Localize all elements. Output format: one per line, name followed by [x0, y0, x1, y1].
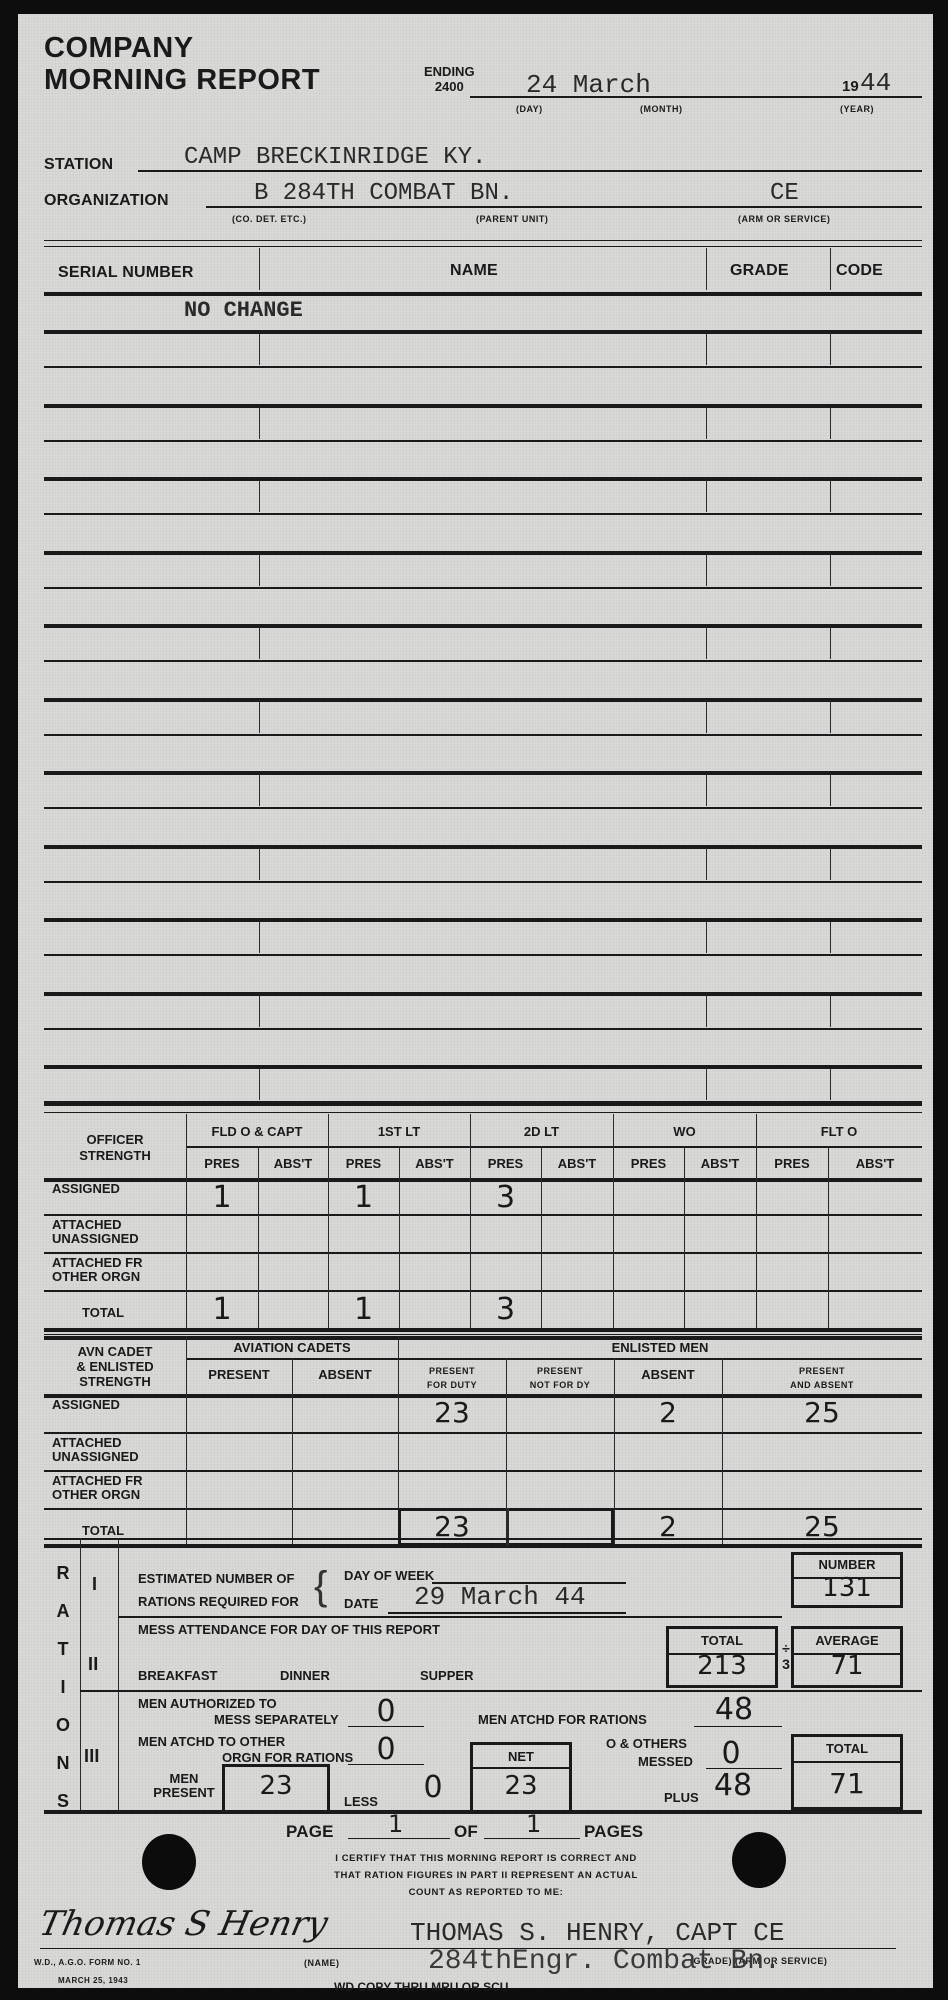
roster-subrow-rule [44, 660, 922, 662]
officer-top-rule [44, 1112, 922, 1113]
enlisted-row-label: TOTAL [52, 1524, 214, 1538]
signature: Thomas S Henry [36, 1904, 332, 1944]
men-present-box: 23 [222, 1764, 330, 1810]
col-serial-number: SERIAL NUMBER [58, 264, 194, 282]
certify-line-3: COUNT AS REPORTED TO ME: [256, 1884, 716, 1901]
roster-subrow-rule [44, 807, 922, 809]
year-prefix: 19 [842, 78, 859, 95]
officer-col-pres: PRES [756, 1156, 828, 1171]
average-value: 71 [794, 1651, 900, 1681]
unit-typed: 284thEngr. Combat Bn. [428, 1946, 781, 1977]
enlisted-col-header-line: PRESENT [398, 1364, 506, 1378]
roster-col-divider [706, 554, 707, 586]
enlisted-col-header: ABSENT [614, 1368, 722, 1382]
officer-row-label: ASSIGNED [52, 1182, 184, 1196]
enlisted-title-line: STRENGTH [44, 1374, 186, 1389]
roster-header-divider [830, 248, 831, 290]
officer-row-rule [44, 1252, 922, 1254]
page-value: 1 [388, 1810, 403, 1838]
divide-by-three-icon: ÷ 3 [781, 1640, 791, 1672]
brace-icon: { [314, 1564, 327, 1608]
arm-service-value: CE [770, 180, 799, 207]
officer-bottom-rule [44, 1334, 922, 1335]
roster-col-divider [830, 848, 831, 880]
rations-top-rule [44, 1538, 922, 1540]
enlisted-row-label: ATTACHED FR OTHER ORGN [52, 1474, 184, 1502]
col-grade: GRADE [730, 262, 789, 280]
punch-hole-left [142, 1834, 196, 1890]
roster-col-divider [706, 701, 707, 733]
enlisted-row-rule [44, 1432, 922, 1434]
roster-header-divider [259, 248, 260, 290]
page-underline [348, 1838, 450, 1839]
officer-row-label: ATTACHED FR OTHER ORGN [52, 1256, 184, 1284]
enlisted-row-label: ATTACHED UNASSIGNED [52, 1436, 184, 1464]
day-caption: (DAY) [516, 104, 543, 114]
average-box: AVERAGE 71 [791, 1626, 903, 1688]
officer-cell-value: 1 [186, 1292, 258, 1327]
part-2-rule [80, 1690, 922, 1692]
roster-row-rule [44, 698, 922, 702]
less-label: LESS [344, 1794, 378, 1809]
enlisted-cell-value: 23 [398, 1396, 506, 1429]
officer-col-divider [828, 1146, 829, 1328]
station-label: STATION [44, 156, 113, 174]
officer-col-divider [258, 1146, 259, 1328]
roster-col-divider [830, 921, 831, 953]
ending-label: ENDING 2400 [424, 64, 475, 94]
roster-col-divider [830, 701, 831, 733]
roster-col-divider [706, 848, 707, 880]
officer-col-pres: PRES [470, 1156, 541, 1171]
roster-header-rule [44, 292, 922, 296]
officer-group-header: 2D LT [470, 1124, 613, 1139]
page-label: PAGE [286, 1822, 334, 1842]
roster-col-divider [706, 921, 707, 953]
roster-row-rule [44, 1065, 922, 1069]
attendance-total-label: TOTAL [669, 1633, 775, 1648]
roster-col-divider [259, 480, 260, 512]
officer-col-abst: ABS'T [684, 1156, 756, 1171]
enlisted-col-divider [186, 1336, 187, 1544]
roster-col-divider [259, 701, 260, 733]
enlisted-col-header-line: NOT FOR DY [506, 1378, 614, 1392]
ending-label-line1: ENDING [424, 64, 475, 79]
certify-line-1: I CERTIFY THAT THIS MORNING REPORT IS CO… [256, 1850, 716, 1867]
total-present-box-divider [506, 1508, 509, 1546]
organization-value: B 284TH COMBAT BN. [254, 180, 513, 207]
officer-col-pres: PRES [613, 1156, 684, 1171]
men-present-line2: PRESENT [146, 1786, 222, 1800]
roster-subrow-rule [44, 366, 922, 368]
roster-col-divider [830, 995, 831, 1027]
roster-col-divider [259, 848, 260, 880]
parent-unit-caption: (PARENT UNIT) [476, 214, 548, 224]
officer-col-pres: PRES [328, 1156, 399, 1171]
pages-value: 1 [526, 1810, 541, 1838]
men-authorized-label-1: MEN AUTHORIZED TO [138, 1696, 277, 1711]
enlisted-title-line: AVN CADET [44, 1344, 186, 1359]
col-code: CODE [836, 262, 883, 280]
men-present-label: MEN PRESENT [146, 1772, 222, 1800]
rations-divider [118, 1538, 119, 1810]
roster-col-divider [830, 554, 831, 586]
roster-top-rule-1 [44, 240, 922, 241]
roster-col-divider [706, 627, 707, 659]
wd-copy-note: WD COPY THRU MRU OR SCU [334, 1980, 508, 1994]
side-letter: N [52, 1744, 74, 1782]
certify-line-2: THAT RATION FIGURES IN PART II REPRESENT… [256, 1867, 716, 1884]
officer-cell-value: 1 [328, 1292, 399, 1327]
roster-row-rule [44, 551, 922, 555]
part-1-numeral: I [92, 1574, 97, 1595]
roster-row-rule [44, 992, 922, 996]
officer-col-divider [399, 1146, 400, 1328]
name-caption: (NAME) [304, 1958, 340, 1968]
ration-date-label: DATE [344, 1596, 378, 1611]
atchd-other-label-2: ORGN FOR RATIONS [222, 1750, 353, 1765]
officer-col-abst: ABS'T [828, 1156, 922, 1171]
punch-hole-right [732, 1832, 786, 1888]
net-box-rule [473, 1767, 569, 1769]
number-label: NUMBER [794, 1557, 900, 1572]
rations-total-value: 71 [794, 1767, 900, 1800]
roster-col-divider [259, 554, 260, 586]
roster-entry-no-change: NO CHANGE [184, 298, 303, 323]
rations-total-rule [794, 1761, 900, 1763]
dinner-label: DINNER [280, 1668, 330, 1683]
men-atchd-rations-value: 48 [694, 1692, 774, 1727]
enlisted-col-header-line: ABSENT [292, 1368, 398, 1382]
enlisted-col-header: PRESENT [186, 1368, 292, 1382]
enlisted-row-rule [44, 1470, 922, 1472]
report-year: 44 [860, 68, 891, 98]
title-line-1: COMPANY [44, 32, 320, 64]
pages-label: PAGES [584, 1822, 643, 1842]
rations-divider [80, 1538, 81, 1810]
attendance-total-box: TOTAL 213 [666, 1626, 778, 1688]
men-authorized-label-2: MESS SEPARATELY [214, 1712, 339, 1727]
side-letter: O [52, 1706, 74, 1744]
enlisted-col-divider [292, 1358, 293, 1544]
men-atchd-rations-label: MEN ATCHD FOR RATIONS [478, 1712, 647, 1727]
of-label: OF [454, 1822, 478, 1842]
officer-col-divider [541, 1146, 542, 1328]
officer-group-header: 1ST LT [328, 1124, 470, 1139]
enlisted-col-header: PRESENTFOR DUTY [398, 1364, 506, 1392]
supper-label: SUPPER [420, 1668, 473, 1683]
signer-name-grade: THOMAS S. HENRY, CAPT CE [410, 1918, 784, 1948]
side-letter: R [52, 1554, 74, 1592]
roster-subrow-rule [44, 734, 922, 736]
roster-col-divider [706, 333, 707, 365]
roster-subrow-rule [44, 1028, 922, 1030]
roster-col-divider [830, 333, 831, 365]
roster-header-divider [706, 248, 707, 290]
roster-col-divider [830, 774, 831, 806]
breakfast-label: BREAKFAST [138, 1668, 217, 1683]
roster-col-divider [259, 333, 260, 365]
enlisted-title-line: & ENLISTED [44, 1359, 186, 1374]
form-date: MARCH 25, 1943 [58, 1976, 128, 1985]
rations-bottom-rule [44, 1810, 922, 1814]
enlisted-col-header-line: PRESENT [186, 1368, 292, 1382]
arm-service-caption: (ARM OR SERVICE) [738, 214, 830, 224]
roster-subrow-rule [44, 954, 922, 956]
side-letter: S [52, 1782, 74, 1820]
roster-col-divider [830, 627, 831, 659]
year-caption: (YEAR) [840, 104, 874, 114]
enlisted-header-rule [186, 1358, 922, 1360]
officer-row-label: ATTACHED UNASSIGNED [52, 1218, 184, 1246]
part-1-label-2: RATIONS REQUIRED FOR [138, 1594, 299, 1609]
plus-label: PLUS [664, 1790, 699, 1805]
number-box: NUMBER 131 [791, 1552, 903, 1608]
enlisted-col-header-line: PRESENT [506, 1364, 614, 1378]
enlisted-col-header-line: AND ABSENT [722, 1378, 922, 1392]
rations-total-box: TOTAL 71 [791, 1734, 903, 1810]
roster-col-divider [830, 1068, 831, 1100]
part-1-label-1: ESTIMATED NUMBER OF [138, 1571, 294, 1586]
officer-col-divider [613, 1114, 614, 1328]
others-messed-value: 0 [706, 1736, 756, 1771]
part-2-numeral: II [88, 1654, 98, 1675]
form-title: COMPANY MORNING REPORT [44, 32, 320, 96]
ration-date-value: 29 March 44 [414, 1582, 586, 1612]
organization-label: ORGANIZATION [44, 192, 169, 210]
roster-row-rule [44, 771, 922, 775]
roster-row-rule [44, 330, 922, 334]
roster-subrow-rule [44, 513, 922, 515]
certification-text: I CERTIFY THAT THIS MORNING REPORT IS CO… [256, 1850, 716, 1901]
enlisted-col-header-line: PRESENT [722, 1364, 922, 1378]
co-det-caption: (CO. DET. ETC.) [232, 214, 307, 224]
enlisted-col-header-line: FOR DUTY [398, 1378, 506, 1392]
enlisted-men-header: ENLISTED MEN [398, 1340, 922, 1355]
roster-row-rule [44, 404, 922, 408]
number-value: 131 [794, 1573, 900, 1603]
roster-col-divider [259, 774, 260, 806]
net-box: NET 23 [470, 1742, 572, 1810]
atchd-other-value: 0 [348, 1732, 424, 1767]
enlisted-col-header: ABSENT [292, 1368, 398, 1382]
officer-col-abst: ABS'T [258, 1156, 328, 1171]
side-letter: T [52, 1630, 74, 1668]
ending-label-line2: 2400 [424, 79, 475, 94]
roster-col-divider [706, 774, 707, 806]
roster-col-divider [830, 480, 831, 512]
net-value: 23 [473, 1771, 569, 1801]
enlisted-top-rule [44, 1336, 922, 1340]
col-name: NAME [450, 262, 498, 280]
month-caption: (MONTH) [640, 104, 683, 114]
roster-col-divider [259, 407, 260, 439]
roster-col-divider [259, 1068, 260, 1100]
less-value: 0 [418, 1770, 448, 1805]
enlisted-row-label: ASSIGNED [52, 1398, 184, 1412]
form-number: W.D., A.G.O. FORM NO. 1 [34, 1958, 141, 1967]
part-1-rule [118, 1616, 782, 1618]
officer-row-rule [44, 1328, 922, 1332]
roster-col-divider [706, 480, 707, 512]
roster-col-divider [706, 995, 707, 1027]
officer-group-header: WO [613, 1124, 756, 1139]
report-date: 24 March [526, 70, 651, 100]
officer-group-header: FLT O [756, 1124, 922, 1139]
net-label: NET [473, 1749, 569, 1764]
title-line-2: MORNING REPORT [44, 64, 320, 96]
men-present-value: 23 [225, 1771, 327, 1801]
roster-col-divider [706, 1068, 707, 1100]
officer-header-rule [186, 1146, 922, 1148]
officer-strength-title: OFFICERSTRENGTH [44, 1132, 186, 1164]
roster-col-divider [706, 407, 707, 439]
average-label: AVERAGE [794, 1633, 900, 1648]
men-authorized-value: 0 [348, 1694, 424, 1729]
ration-date-underline [388, 1612, 626, 1614]
mess-attendance-label: MESS ATTENDANCE FOR DAY OF THIS REPORT [138, 1622, 440, 1637]
side-letter: I [52, 1668, 74, 1706]
officer-col-abst: ABS'T [541, 1156, 613, 1171]
roster-row-rule [44, 845, 922, 849]
roster-row-rule [44, 477, 922, 481]
roster-bottom-rule [44, 1102, 922, 1106]
officer-cell-value: 3 [470, 1180, 541, 1215]
roster-col-divider [830, 407, 831, 439]
enlisted-cell-value: 2 [614, 1396, 722, 1429]
rations-side-label: R A T I O N S [52, 1554, 74, 1820]
roster-row-rule [44, 918, 922, 922]
atchd-other-label-1: MEN ATCHD TO OTHER [138, 1734, 285, 1749]
enlisted-cell-value: 25 [722, 1396, 922, 1429]
officer-col-divider [756, 1114, 757, 1328]
rations-total-label: TOTAL [794, 1741, 900, 1756]
aviation-cadets-header: AVIATION CADETS [186, 1340, 398, 1355]
enlisted-col-header: PRESENTNOT FOR DY [506, 1364, 614, 1392]
part-3-numeral: III [84, 1746, 100, 1767]
roster-subrow-rule [44, 881, 922, 883]
men-present-line1: MEN [146, 1772, 222, 1786]
side-letter: A [52, 1592, 74, 1630]
officer-cell-value: 1 [186, 1180, 258, 1215]
roster-col-divider [259, 995, 260, 1027]
pages-underline [484, 1838, 580, 1839]
officer-col-divider [684, 1146, 685, 1328]
roster-subrow-rule [44, 587, 922, 589]
officer-cell-value: 1 [328, 1180, 399, 1215]
enlisted-strength-title: AVN CADET& ENLISTEDSTRENGTH [44, 1344, 186, 1389]
day-of-week-label: DAY OF WEEK [344, 1568, 434, 1583]
roster-col-divider [259, 921, 260, 953]
roster-subrow-rule [44, 440, 922, 442]
others-messed-label-1: O & OTHERS [606, 1736, 687, 1751]
attendance-total-value: 213 [669, 1651, 775, 1681]
roster-col-divider [259, 627, 260, 659]
plus-value: 48 [698, 1768, 768, 1803]
officer-group-header: FLD O & CAPT [186, 1124, 328, 1139]
station-value: CAMP BRECKINRIDGE KY. [184, 144, 486, 171]
enlisted-col-header: PRESENTAND ABSENT [722, 1364, 922, 1392]
roster-top-rule-2 [44, 246, 922, 247]
officer-col-abst: ABS'T [399, 1156, 470, 1171]
officer-col-pres: PRES [186, 1156, 258, 1171]
others-messed-label-2: MESSED [638, 1754, 693, 1769]
enlisted-col-header-line: ABSENT [614, 1368, 722, 1382]
morning-report-form: COMPANY MORNING REPORT ENDING 2400 24 Ma… [18, 14, 933, 1988]
officer-cell-value: 3 [470, 1292, 541, 1327]
roster-row-rule [44, 624, 922, 628]
